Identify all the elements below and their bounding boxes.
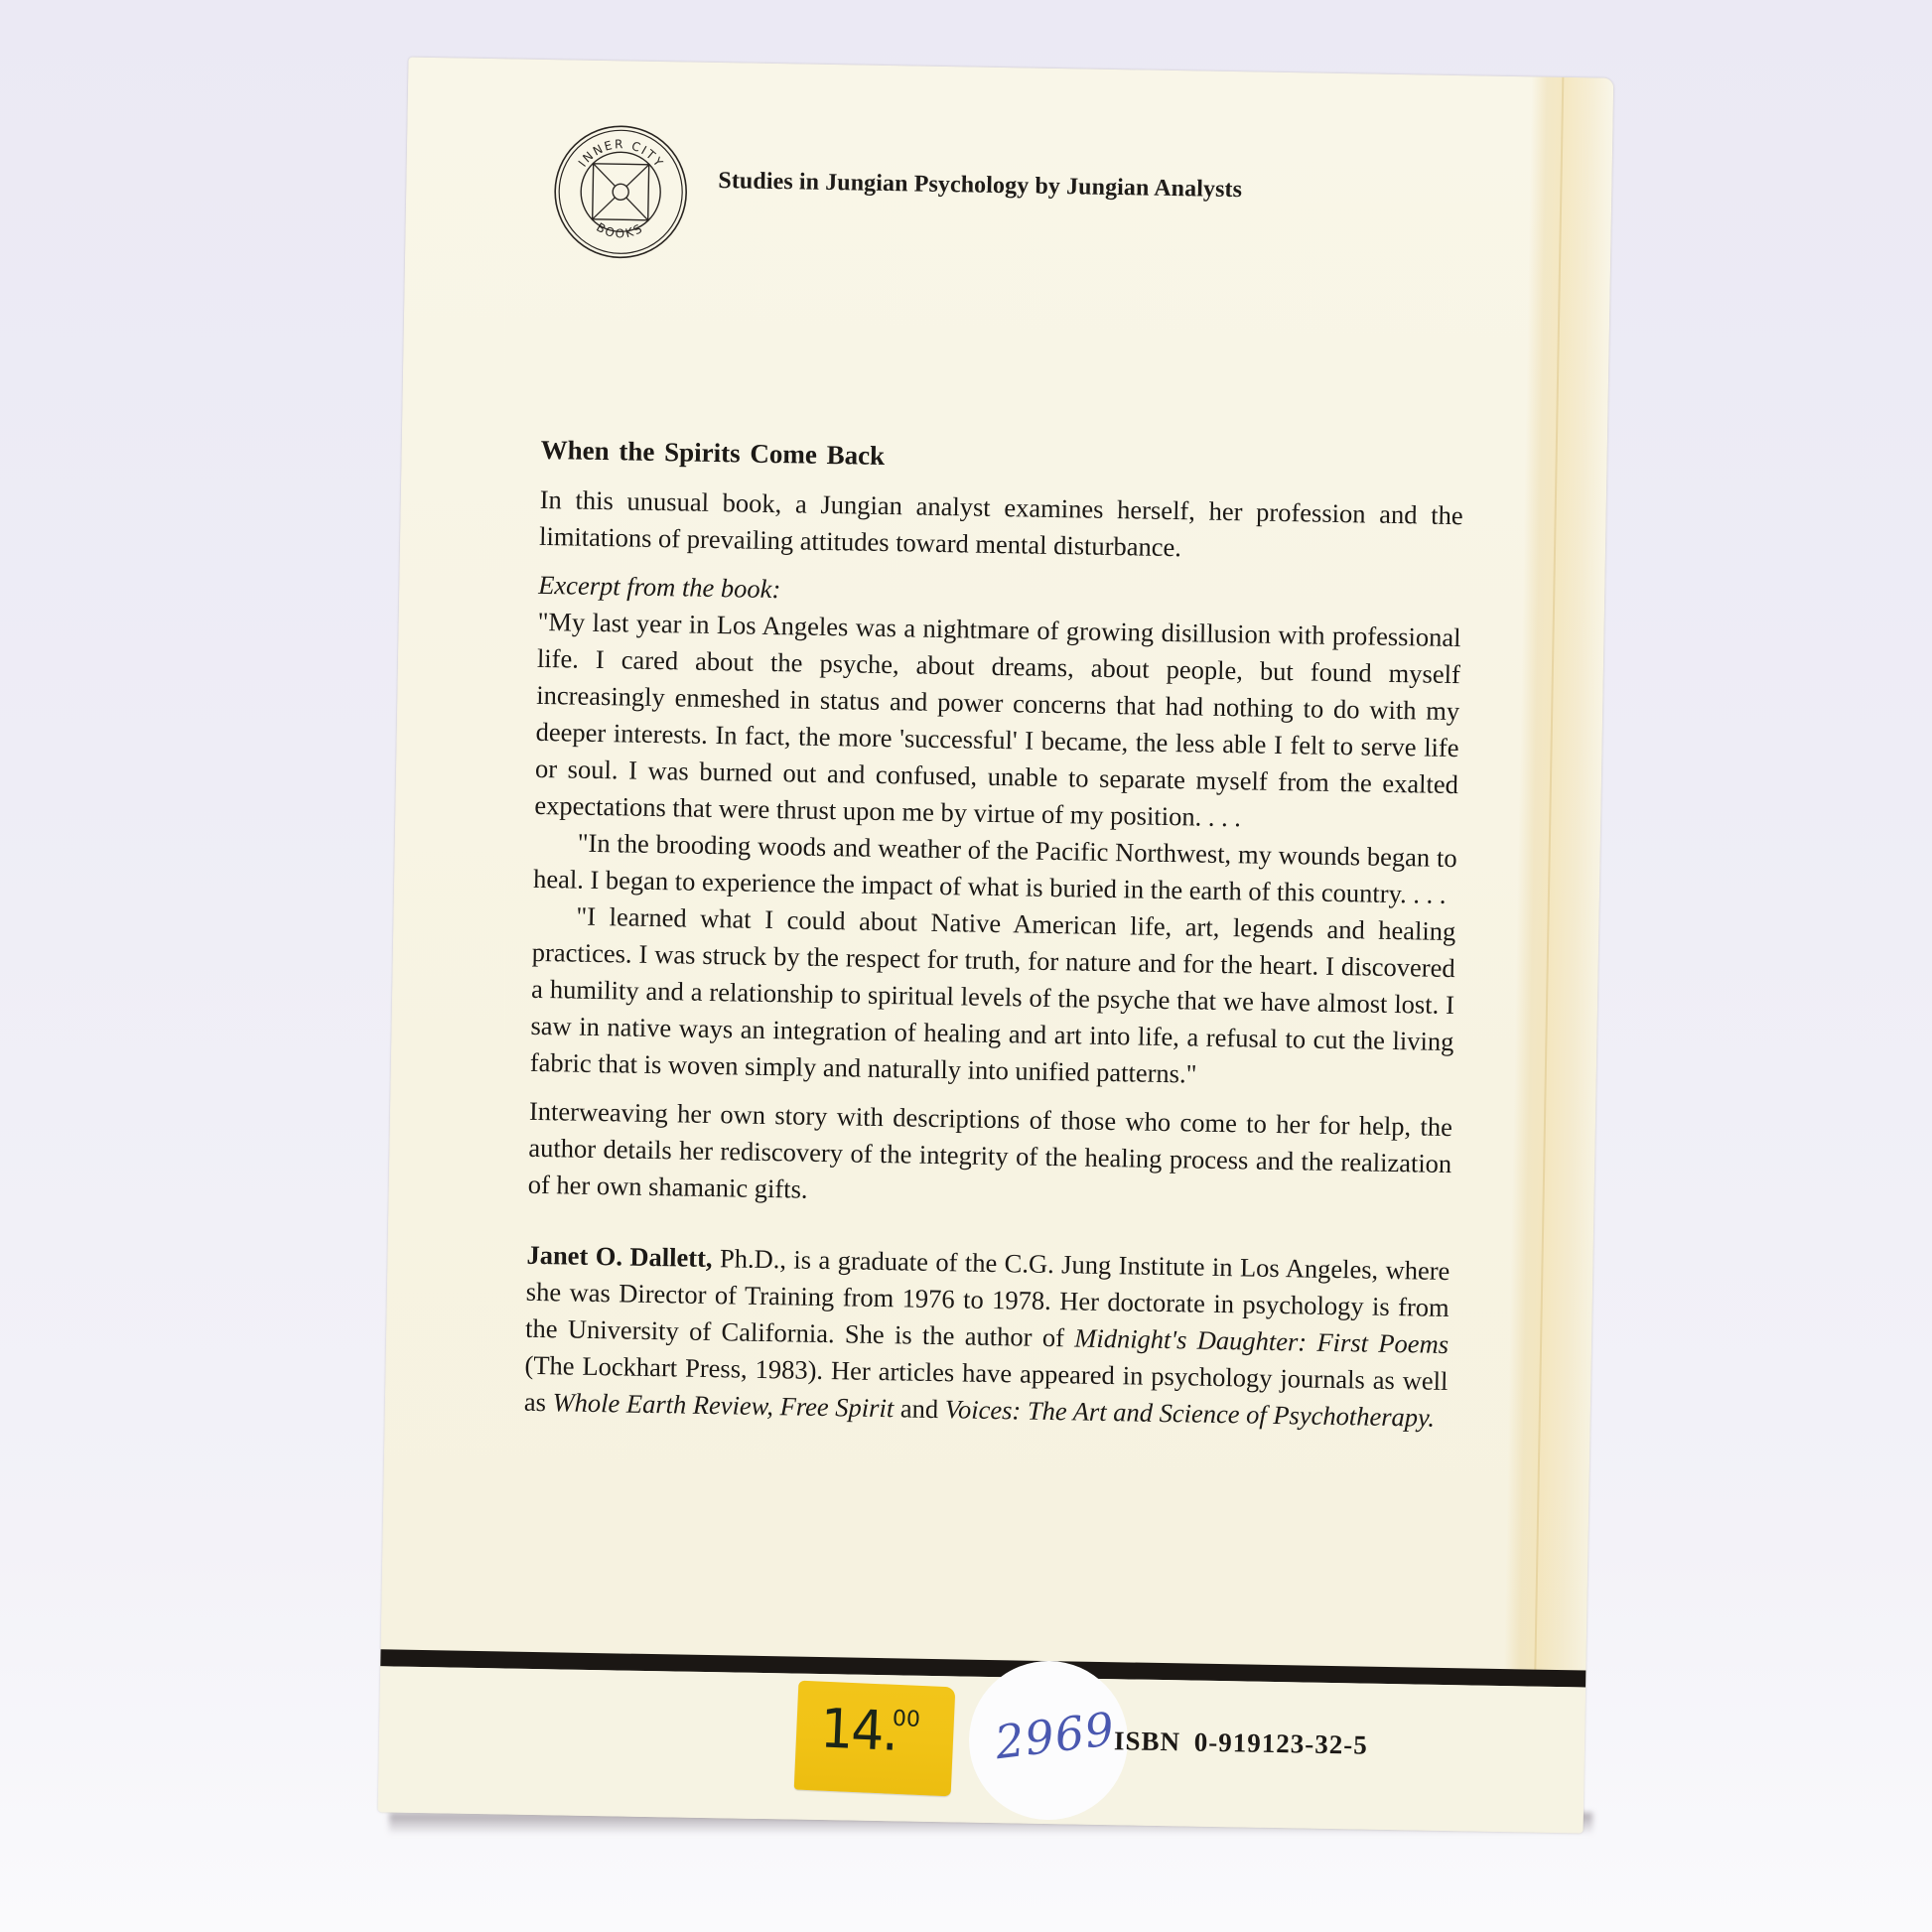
- inventory-number: 2969: [992, 1702, 1118, 1769]
- work-title: Free Spirit: [779, 1391, 894, 1423]
- author-name: Janet O. Dallett,: [526, 1240, 713, 1273]
- book-summary: Interweaving her own story with descript…: [527, 1093, 1452, 1219]
- author-bio: Janet O. Dallett, Ph.D., is a graduate o…: [524, 1237, 1450, 1437]
- work-title: Whole Earth Review,: [552, 1387, 773, 1421]
- svg-text:INNER CITY: INNER CITY: [576, 136, 667, 171]
- series-title: Studies in Jungian Psychology by Jungian…: [718, 168, 1242, 204]
- spine-fold: [1531, 77, 1564, 1833]
- inner-city-books-logo-icon: INNER CITY BOOKS: [552, 123, 689, 260]
- work-title: Voices: The Art and Science of Psychothe…: [944, 1394, 1435, 1433]
- cover-text-block: When the Spirits Come Back In this unusu…: [523, 435, 1464, 1463]
- price-cents: 00: [892, 1707, 920, 1732]
- price-value: 14.: [819, 1698, 897, 1763]
- book-title: When the Spirits Come Back: [540, 435, 1463, 482]
- price-sticker: 14. 00: [794, 1681, 956, 1797]
- isbn: ISBN 0-919123-32-5: [1114, 1725, 1368, 1760]
- book-intro: In this unusual book, a Jungian analyst …: [539, 482, 1463, 571]
- excerpt-paragraph-1: "My last year in Los Angeles was a night…: [534, 604, 1461, 840]
- excerpt-paragraph-3: "I learned what I could about Native Ame…: [530, 897, 1456, 1097]
- book-back-cover: INNER CITY BOOKS Studies in Jungian Psyc…: [378, 58, 1614, 1834]
- work-title: Midnight's Daughter: First Poems: [1074, 1322, 1449, 1359]
- svg-text:BOOKS: BOOKS: [594, 220, 646, 241]
